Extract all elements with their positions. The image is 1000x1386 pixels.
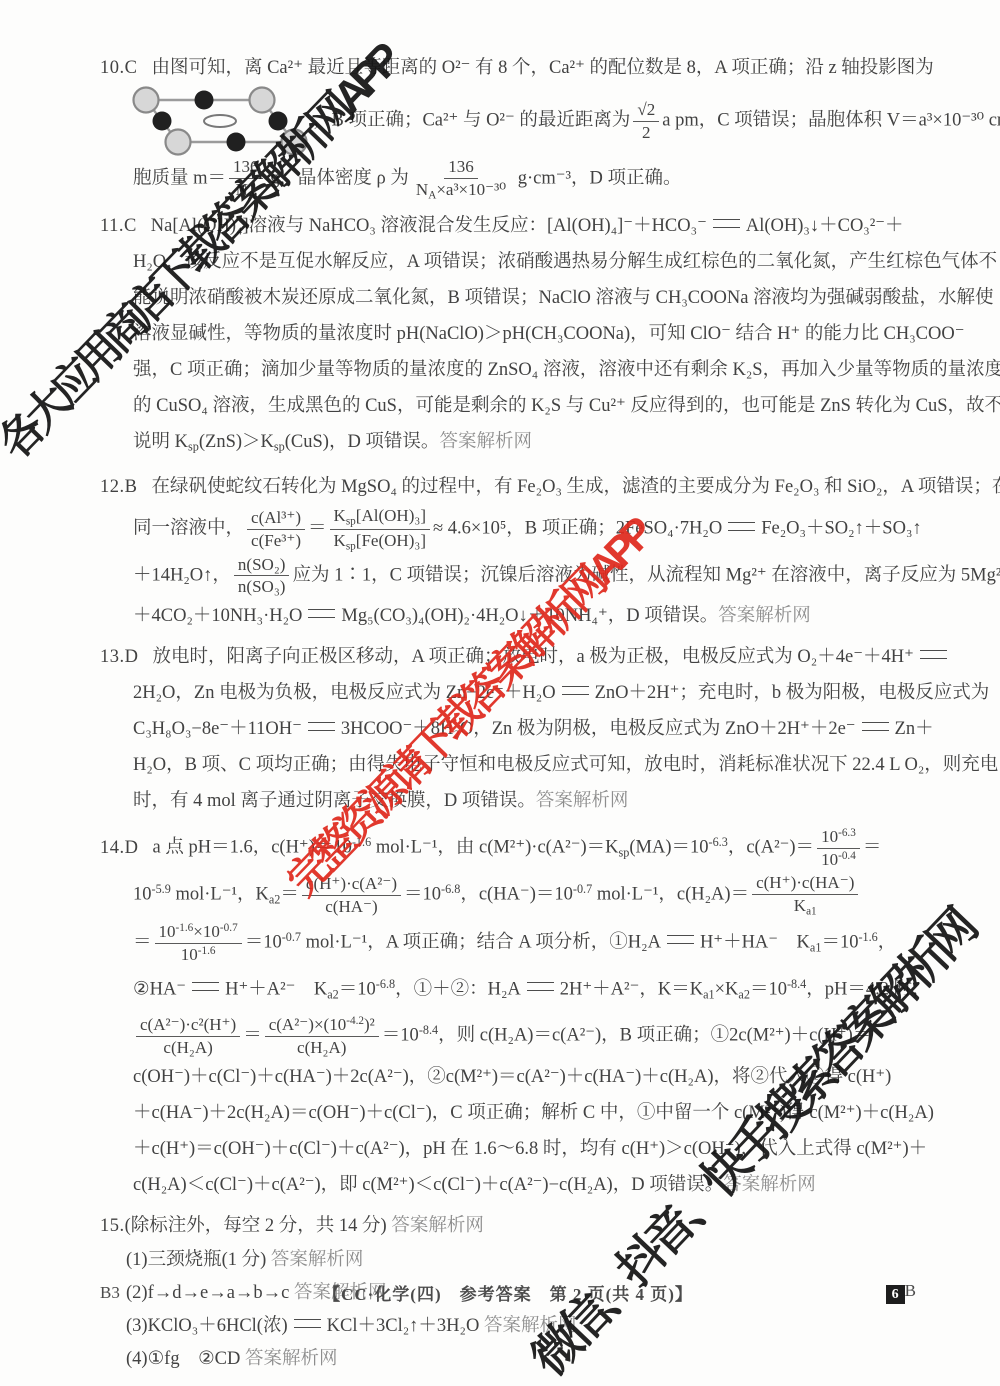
reaction-equals-sign: [294, 1319, 321, 1328]
fraction: c(A²⁻)×(10-4.2)²c(H₂A): [265, 1014, 379, 1059]
fraction: c(H⁺)·c(HA⁻)Ka1: [752, 872, 858, 919]
fraction: √22: [633, 99, 659, 144]
answer-line: 10-5.9 mol·L⁻¹，Ka2＝c(H⁺)·c(A²⁻)c(HA⁻)＝10…: [133, 871, 916, 919]
dark-atom: [269, 112, 288, 131]
footer-code-left: B3: [100, 1283, 180, 1303]
dark-atom: [227, 133, 246, 152]
light-atom: [282, 130, 307, 155]
reaction-equals-sign: [308, 722, 335, 731]
crystal-cell-projection-figure: [121, 86, 309, 156]
reaction-equals-sign: [527, 982, 554, 991]
footer-page-suffix: B: [905, 1281, 916, 1300]
answer-line: 14.Da 点 pH＝1.6，c(H⁺)＝10-1.6 mol·L⁻¹，由 c(…: [100, 824, 916, 871]
answer-line: (3)KClO₃＋6HCl(浓)KCl＋3Cl₂↑＋3H₂O 答案解析网: [126, 1310, 916, 1343]
answer-line: 13.D放电时，阳离子向正极区移动，A 项正确；放电时，a 极为正极，电极反应式…: [100, 639, 916, 675]
answer-number-label: 15.: [100, 1216, 125, 1236]
fraction: 136NA×a³×10⁻³⁰: [412, 156, 510, 203]
answer-line: ②HA⁻H⁺＋A²⁻ Ka2＝10-6.8，①＋②：H₂A2H⁺＋A²⁻，K＝K…: [133, 966, 916, 1012]
answer-line: 15.(除标注外，每空 2 分，共 14 分) 答案解析网: [100, 1208, 916, 1244]
answer-line: ＋c(H⁺)＝c(OH⁻)＋c(Cl⁻)＋c(A²⁻)，pH 在 1.6～6.8…: [133, 1131, 916, 1167]
answer-item-12: 12.B在绿矾使蛇纹石转化为 MgSO₄ 的过程中，有 Fe₂O₃ 生成，滤渣的…: [100, 469, 916, 634]
ellipse-atom: [204, 115, 236, 127]
answer-line: ＋14H₂O↑，n(SO₂)n(SO₃)应为 1∶1，C 项错误；沉镍后溶液为碱…: [133, 554, 916, 599]
answer-line: c(OH⁻)＋c(Cl⁻)＋c(HA⁻)＋2c(A²⁻)，②c(M²⁺)＝c(A…: [133, 1059, 916, 1095]
answer-line: 同一溶液中，c(Al³⁺)c(Fe³⁺)＝Ksp[Al(OH)₃]Ksp[Fe(…: [133, 505, 916, 553]
answer-number-label: 13.D: [100, 647, 139, 667]
answer-line: 说明 Ksp(ZnS)＞Ksp(CuS)，D 项错误。答案解析网: [133, 424, 916, 465]
reaction-equals-sign: [192, 982, 219, 991]
footer-page-box: 6: [886, 1285, 905, 1304]
footer-code-right: 6B: [836, 1281, 916, 1304]
reaction-equals-sign: [728, 522, 755, 531]
reaction-equals-sign: [308, 609, 335, 618]
reaction-equals-sign: [713, 219, 740, 228]
answer-line: 强，C 项正确；滴加少量等物质的量浓度的 ZnSO₄ 溶液，溶液中还有剩余 K₂…: [133, 352, 916, 388]
answer-line: ＋4CO₂＋10NH₃·H₂OMg₅(CO₃)₄(OH)₂·4H₂O↓＋10NH…: [133, 598, 916, 634]
answer-line: ＝10-1.6×10-0.710-1.6＝10-0.7 mol·L⁻¹，A 项正…: [133, 919, 916, 966]
reaction-equals-sign: [920, 650, 947, 659]
page-footer: B3 【CC·化学(四) 参考答案 第 2 页(共 4 页)】 6B: [100, 1280, 916, 1305]
fraction: 10-6.310-0.4: [817, 826, 860, 871]
answer-number-label: 10.C: [100, 58, 137, 78]
answer-line: 11.CNa[Al(OH)₄]溶液与 NaHCO₃ 溶液混合发生反应：[Al(O…: [100, 208, 916, 244]
fraction: Ksp[Al(OH)₃]Ksp[Fe(OH)₃]: [330, 505, 430, 553]
answer-line: 10.C由图可知，离 Ca²⁺ 最近且等距离的 O²⁻ 有 8 个，Ca²⁺ 的…: [100, 50, 916, 86]
answer-number-label: 14.D: [100, 838, 139, 858]
answer-line: 时，有 4 mol 离子通过阴离子交换膜，D 项错误。答案解析网: [133, 783, 916, 819]
light-atom: [166, 130, 191, 155]
answer-line: 2H₂O，Zn 电极为负极，电极反应式为 Zn−2e⁻＋H₂OZnO＋2H⁺；充…: [133, 675, 916, 711]
light-atom: [134, 88, 159, 113]
answer-line: 12.B在绿矾使蛇纹石转化为 MgSO₄ 的过程中，有 Fe₂O₃ 生成，滤渣的…: [100, 469, 916, 505]
answer-line: ＋c(HA⁻)＋2c(H₂A)＝c(OH⁻)＋c(Cl⁻)，C 项正确；解析 C…: [133, 1095, 916, 1131]
answer-line: c(A²⁻)·c²(H⁺)c(H₂A)＝c(A²⁻)×(10-4.2)²c(H₂…: [133, 1012, 916, 1059]
answer-line: 能说明浓硝酸被木炭还原成二氧化氮，B 项错误；NaClO 溶液与 CH₃COON…: [133, 280, 916, 316]
answer-item-13: 13.D放电时，阳离子向正极区移动，A 项正确；放电时，a 极为正极，电极反应式…: [100, 639, 916, 819]
answer-line: H₂O，该反应不是互促水解反应，A 项错误；浓硝酸遇热易分解生成红棕色的二氧化氮…: [133, 244, 916, 280]
fraction: c(Al³⁺)c(Fe³⁺): [247, 507, 305, 552]
answers-section: 10.C由图可知，离 Ca²⁺ 最近且等距离的 O²⁻ 有 8 个，Ca²⁺ 的…: [100, 50, 916, 1381]
answer-item-14: 14.Da 点 pH＝1.6，c(H⁺)＝10-1.6 mol·L⁻¹，由 c(…: [100, 824, 916, 1203]
answer-line: (4)①fg ②CD 答案解析网: [126, 1343, 916, 1376]
fraction: c(A²⁻)·c²(H⁺)c(H₂A): [136, 1014, 240, 1059]
answer-line: H₂O，B 项、C 项均正确；由得失电子守恒和电极反应式可知，放电时，消耗标准状…: [133, 747, 916, 783]
reaction-equals-sign: [667, 935, 694, 944]
answer-line: 胞质量 m＝136NA g，晶体密度 ρ 为136NA×a³×10⁻³⁰ g·c…: [133, 156, 916, 203]
fraction: c(H⁺)·c(A²⁻)c(HA⁻): [302, 873, 401, 918]
answer-line: 溶液显碱性，等物质的量浓度时 pH(NaClO)＞pH(CH₃COONa)，可知…: [133, 316, 916, 352]
scanned-answer-page: { "watermarks": [ {"text": "各大应用商店下载答案解析…: [0, 0, 1000, 1386]
fraction: 136NA: [229, 156, 263, 203]
footer-title-pagination: 【CC·化学(四) 参考答案 第 2 页(共 4 页)】: [180, 1280, 836, 1305]
fraction: 10-1.6×10-0.710-1.6: [155, 921, 242, 966]
answer-line: c(H₂A)＜c(Cl⁻)＋c(A²⁻)，即 c(M²⁺)＜c(Cl⁻)＋c(A…: [133, 1167, 916, 1203]
answer-line: 的 CuSO₄ 溶液，生成黑色的 CuS，可能是剩余的 K₂S 与 Cu²⁺ 反…: [133, 388, 916, 424]
answer-line: ，B 项正确；Ca²⁺ 与 O²⁻ 的最近距离为√22a pm，C 项错误；晶胞…: [133, 86, 916, 156]
reaction-equals-sign: [862, 722, 889, 731]
answer-line: (1)三颈烧瓶(1 分) 答案解析网: [126, 1244, 916, 1277]
answer-item-11: 11.CNa[Al(OH)₄]溶液与 NaHCO₃ 溶液混合发生反应：[Al(O…: [100, 208, 916, 465]
answer-number-label: 12.B: [100, 477, 137, 497]
fraction: n(SO₂)n(SO₃): [234, 554, 290, 599]
reaction-equals-sign: [562, 686, 589, 695]
answer-item-10: 10.C由图可知，离 Ca²⁺ 最近且等距离的 O²⁻ 有 8 个，Ca²⁺ 的…: [100, 50, 916, 203]
dark-atom: [153, 112, 172, 131]
answer-number-label: 11.C: [100, 216, 137, 236]
dark-atom: [195, 91, 214, 110]
light-atom: [250, 88, 275, 113]
answer-line: C₃H₈O₃−8e⁻＋11OH⁻3HCOO⁻＋8H₂O，Zn 极为阴极，电极反应…: [133, 711, 916, 747]
